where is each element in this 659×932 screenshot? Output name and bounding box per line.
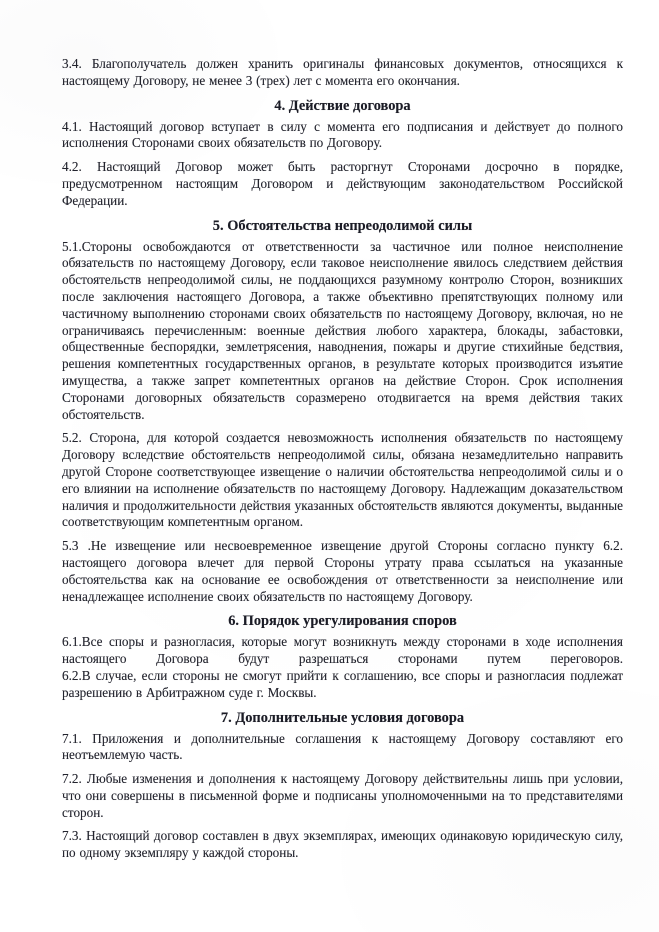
- section-heading: 5. Обстоятельства непреодолимой силы: [62, 217, 623, 235]
- clause-paragraph: 7.1. Приложения и дополнительные соглаше…: [62, 731, 623, 765]
- clause-paragraph: 4.1. Настоящий договор вступает в силу с…: [62, 119, 623, 153]
- document-content: 3.4. Благополучатель должен хранить ориг…: [62, 56, 623, 869]
- section-heading: 7. Дополнительные условия договора: [62, 709, 623, 727]
- clause-paragraph: 3.4. Благополучатель должен хранить ориг…: [62, 56, 623, 90]
- clause-paragraph: 4.2. Настоящий Договор может быть растор…: [62, 159, 623, 209]
- clause-paragraph: 5.1.Стороны освобождаются от ответственн…: [62, 239, 623, 424]
- clause-paragraph: 6.1.Все споры и разногласия, которые мог…: [62, 634, 623, 668]
- section-heading: 4. Действие договора: [62, 97, 623, 115]
- clause-paragraph: 7.3. Настоящий договор составлен в двух …: [62, 828, 623, 862]
- section-heading: 6. Порядок урегулирования споров: [62, 612, 623, 630]
- document-page: 3.4. Благополучатель должен хранить ориг…: [0, 0, 659, 932]
- clause-paragraph: 6.2.В случае, если стороны не смогут при…: [62, 668, 623, 702]
- clause-paragraph: 7.2. Любые изменения и дополнения к наст…: [62, 771, 623, 821]
- clause-paragraph: 5.3 .Не извещение или несвоевременное из…: [62, 538, 623, 605]
- clause-paragraph: 5.2. Сторона, для которой создается нево…: [62, 430, 623, 531]
